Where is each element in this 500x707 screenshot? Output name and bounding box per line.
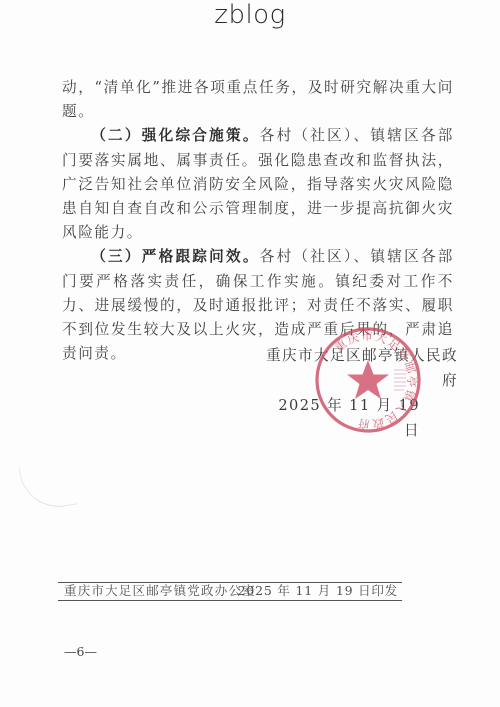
document-body: 动，“清单化”推进各项重点任务，及时研究解决重大问题。 （二）强化综合施策。各村… [62, 76, 454, 366]
footer-office: 重庆市大足区邮亭镇党政办公室 [64, 582, 256, 600]
paragraph-continuation: 动，“清单化”推进各项重点任务，及时研究解决重大问题。 [62, 76, 454, 124]
footer-print-date: 2025 年 11 月 19 日印发 [238, 582, 398, 600]
page-number: —6— [64, 644, 97, 660]
section-heading: （二）强化综合施策。 [91, 127, 260, 144]
footer-divider-bottom [58, 600, 402, 601]
official-seal-icon: 重庆市大足区邮亭镇人民政府 [314, 326, 422, 434]
section-heading: （三）严格跟踪问效。 [91, 248, 260, 265]
watermark-text: zblog [0, 0, 500, 30]
scan-fold-mark [18, 458, 77, 513]
paragraph-text: 动，“清单化”推进各项重点任务，及时研究解决重大问题。 [62, 79, 454, 120]
paragraph-section-2: （二）强化综合施策。各村（社区）、镇辖区各部门要落实属地、属事责任。强化隐患查改… [62, 124, 454, 245]
paragraph-text: 各村（社区）、镇辖区各部门要落实属地、属事责任。强化隐患查改和监督执法，广泛告知… [62, 127, 454, 241]
